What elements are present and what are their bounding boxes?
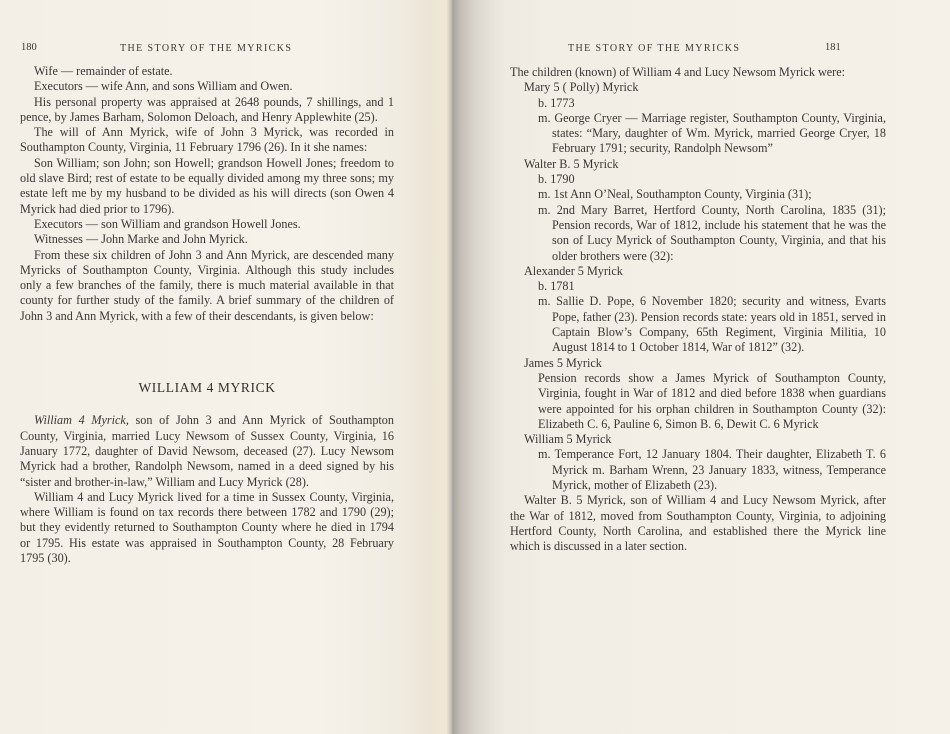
child-detail: b. 1781 [510, 279, 886, 294]
right-page: THE STORY OF THE MYRICKS 181 The childre… [450, 0, 950, 734]
italic-name: William 4 Myrick, [34, 413, 129, 427]
child-detail: b. 1773 [510, 96, 886, 111]
running-head-left: THE STORY OF THE MYRICKS [120, 43, 292, 54]
child-name: Mary 5 ( Polly) Myrick [510, 80, 886, 95]
paragraph: Executors — wife Ann, and sons William a… [20, 79, 394, 94]
paragraph: Executors — son William and grandson How… [20, 217, 394, 232]
paragraph: The will of Ann Myrick, wife of John 3 M… [20, 125, 394, 156]
child-name: Alexander 5 Myrick [510, 264, 886, 279]
paragraph: William 4 Myrick, son of John 3 and Ann … [20, 413, 394, 489]
child-detail: b. 1790 [510, 172, 886, 187]
closing-paragraph: Walter B. 5 Myrick, son of William 4 and… [510, 493, 886, 554]
running-head-right: THE STORY OF THE MYRICKS [568, 43, 740, 54]
paragraph: Son William; son John; son Howell; grand… [20, 156, 394, 217]
left-page: 180 THE STORY OF THE MYRICKS Wife — rema… [0, 0, 450, 734]
child-name: James 5 Myrick [510, 356, 886, 371]
left-body-text: Wife — remainder of estate. Executors — … [20, 64, 394, 566]
child-detail: m. Sallie D. Pope, 6 November 1820; secu… [510, 294, 886, 355]
paragraph: From these six children of John 3 and An… [20, 248, 394, 324]
section-title: WILLIAM 4 MYRICK [20, 380, 394, 395]
child-name: William 5 Myrick [510, 432, 886, 447]
right-body-text: The children (known) of William 4 and Lu… [510, 65, 886, 555]
book-gutter [447, 0, 507, 734]
paragraph: Witnesses — John Marke and John Myrick. [20, 232, 394, 247]
page-number-left: 180 [21, 42, 37, 53]
child-detail: m. 2nd Mary Barret, Hertford County, Nor… [510, 203, 886, 264]
child-detail: m. Temperance Fort, 12 January 1804. The… [510, 447, 886, 493]
book-spread: 180 THE STORY OF THE MYRICKS Wife — rema… [0, 0, 950, 734]
child-name: Walter B. 5 Myrick [510, 157, 886, 172]
child-detail: m. George Cryer — Marriage register, Sou… [510, 111, 886, 157]
paragraph: Wife — remainder of estate. [20, 64, 394, 79]
page-number-right: 181 [825, 42, 841, 53]
paragraph: William 4 and Lucy Myrick lived for a ti… [20, 490, 394, 566]
intro-paragraph: The children (known) of William 4 and Lu… [510, 65, 886, 80]
child-detail: Pension records show a James Myrick of S… [510, 371, 886, 432]
paragraph: His personal property was appraised at 2… [20, 95, 394, 126]
child-detail: m. 1st Ann O’Neal, Southampton County, V… [510, 187, 886, 202]
